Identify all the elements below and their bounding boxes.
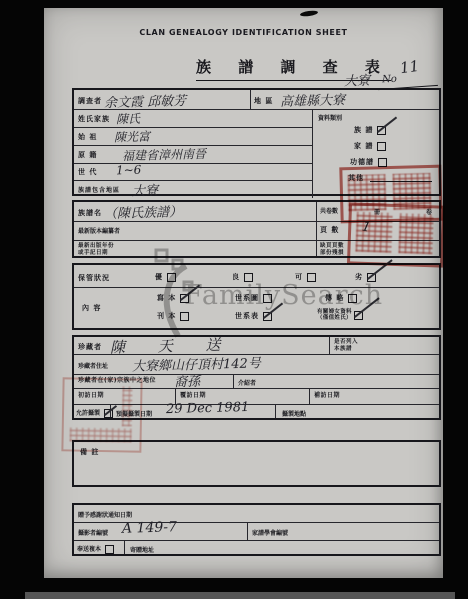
check-mark bbox=[354, 298, 379, 318]
film-location-label: 攝製地點 bbox=[282, 409, 306, 418]
generations-value: 1~6 bbox=[116, 163, 142, 178]
second-visit-label: 覆訪日期 bbox=[180, 393, 206, 400]
photographer-no-label: 攝影者編號 bbox=[78, 528, 108, 537]
award-notice-label: 贈予感謝狀通知日期 bbox=[78, 510, 132, 519]
surveyor-value: 余文霞 邱敏芳 bbox=[104, 90, 187, 111]
table-admin-info: 贈予感謝狀通知日期 攝影者編號 A 149-7 家譜學會編號 奉送複本 寄贈地址 bbox=[72, 503, 441, 556]
surveyor-label: 調查者 bbox=[78, 96, 102, 106]
no-value: 11 bbox=[399, 57, 420, 77]
checkbox-icon bbox=[377, 142, 386, 151]
origin-label: 原 籍 bbox=[78, 150, 97, 160]
checkbox-icon bbox=[244, 273, 253, 282]
condition-label: 保管狀況 bbox=[78, 273, 110, 283]
photographer-no-value: A 149-7 bbox=[122, 519, 177, 536]
ancestor-label: 始 祖 bbox=[78, 132, 97, 142]
pubdate-label-line1: 最新出版年份 bbox=[78, 243, 114, 250]
checkbox-lineage-chart: 世系圖 bbox=[235, 293, 271, 303]
origin-value: 福建省漳州南晉 bbox=[122, 145, 206, 164]
damage-label: 部份殘損 bbox=[320, 250, 344, 257]
checkbox-family-genealogy: 家 譜 bbox=[354, 141, 385, 151]
checkbox-icon bbox=[307, 273, 316, 282]
checkbox-icon bbox=[167, 273, 176, 282]
checkbox-icon bbox=[263, 294, 272, 303]
pubdate-label-line2: 或手記日期 bbox=[78, 250, 108, 257]
checkbox-biography: 傳 略 bbox=[325, 293, 356, 303]
checkbox-icon bbox=[348, 294, 357, 303]
red-seal-stamp-faint bbox=[61, 377, 142, 452]
listed-label-line1: 是否列入 bbox=[334, 339, 358, 346]
book-name-label: 族譜名 bbox=[78, 208, 102, 218]
coverage-value: 大寮 bbox=[132, 180, 159, 200]
book-name-value: （陳氏族譜） bbox=[104, 201, 182, 222]
compiler-label: 最新版本編纂者 bbox=[78, 226, 120, 235]
society-no-label: 家譜學會編號 bbox=[252, 528, 288, 537]
checkbox-condition-good: 良 bbox=[232, 272, 252, 282]
region-value: 高雄縣大寮 bbox=[280, 89, 345, 110]
checkbox-condition-excellent: 優 bbox=[155, 272, 175, 282]
missing-pages-label: 缺頁頁數 bbox=[320, 243, 344, 250]
keeper-address-label: 珍藏者住址 bbox=[78, 361, 108, 370]
clan-label: 姓氏家族 bbox=[78, 114, 110, 124]
checkbox-clan-genealogy: 族 譜 bbox=[354, 125, 385, 135]
checkbox-printed-edition: 刊 本 bbox=[157, 311, 188, 321]
document-page: CLAN GENEALOGY IDENTIFICATION SHEET 族 譜 … bbox=[44, 8, 443, 578]
film-artifact bbox=[300, 10, 319, 17]
check-mark bbox=[377, 117, 397, 133]
checkbox-icon bbox=[105, 545, 114, 554]
pages-label: 頁 數 bbox=[320, 225, 339, 235]
volumes-label: 共卷數 bbox=[320, 206, 338, 215]
checkbox-icon bbox=[180, 312, 189, 321]
checkbox-complimentary-copy: 奉送複本 bbox=[77, 544, 113, 553]
checkbox-condition-poor: 劣 bbox=[355, 272, 375, 282]
checkbox-condition-fair: 可 bbox=[295, 272, 315, 282]
no-label: No bbox=[382, 74, 397, 85]
checkbox-manuscript: 寫 本 bbox=[157, 293, 188, 303]
film-date-value: 29 Dec 1981 bbox=[166, 400, 250, 417]
region-label: 地 區 bbox=[254, 96, 273, 106]
red-seal-stamp-lower bbox=[347, 202, 445, 267]
english-title: CLAN GENEALOGY IDENTIFICATION SHEET bbox=[44, 28, 443, 37]
clan-value: 陳氏 bbox=[116, 110, 140, 128]
microfilm-scan: CLAN GENEALOGY IDENTIFICATION SHEET 族 譜 … bbox=[0, 0, 468, 599]
followup-visit-label: 補訪日期 bbox=[314, 393, 340, 400]
table-condition-content: 保管狀況 優 良 可 劣 內 容 寫 本 世 bbox=[72, 263, 441, 330]
checkbox-lineage-table: 世系表 bbox=[235, 311, 271, 321]
series-name: 大寮 bbox=[344, 70, 371, 90]
ancestor-value: 陳光富 bbox=[114, 128, 150, 146]
content-label: 內 容 bbox=[82, 303, 101, 313]
introducer-label: 介紹者 bbox=[238, 378, 256, 387]
film-edge-strip bbox=[25, 592, 455, 599]
check-mark bbox=[263, 303, 283, 319]
checkbox-women-data: 有關婦女資料 （僅值姓氏） bbox=[317, 309, 362, 321]
coverage-label: 族譜包含地區 bbox=[78, 185, 120, 194]
keeper-position-value: 裔孫 bbox=[174, 371, 201, 391]
keeper-label: 珍藏者 bbox=[78, 342, 102, 352]
category-title: 資料類別 bbox=[318, 113, 342, 122]
generations-label: 世 代 bbox=[78, 167, 97, 177]
send-address-label: 寄贈地址 bbox=[130, 545, 154, 554]
listed-label-line2: 本族譜 bbox=[334, 346, 352, 353]
